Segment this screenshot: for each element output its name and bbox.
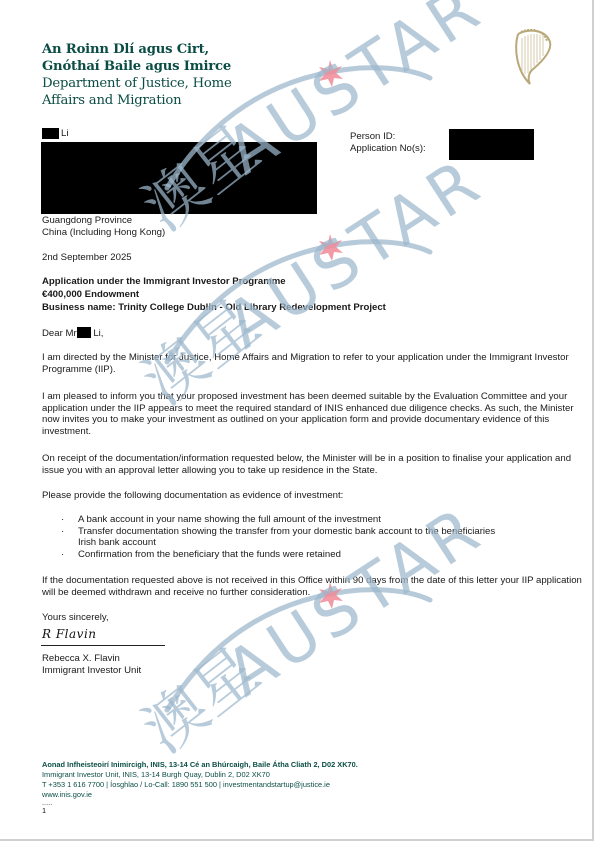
- redacted-salutation-name: [77, 327, 91, 338]
- subject-amount: €400,000 Endowment: [42, 289, 139, 301]
- paragraph-next-steps: On receipt of the documentation/informat…: [42, 453, 587, 476]
- department-name-english-1: Department of Justice, Home: [42, 75, 232, 92]
- department-letterhead: An Roinn Dlí agus Cirt, Gnóthaí Baile ag…: [42, 41, 232, 109]
- salutation-prefix: Dear Mr: [42, 328, 77, 339]
- recipient-province: Guangdong Province: [42, 215, 132, 227]
- footer-english-address: Immigrant Investor Unit, INIS, 13-14 Bur…: [42, 770, 358, 780]
- subject-business-name: Business name: Trinity College Dublin - …: [42, 302, 386, 314]
- page-number: 1: [42, 806, 358, 816]
- department-name-irish-1: An Roinn Dlí agus Cirt,: [42, 41, 232, 58]
- paragraph-deadline: If the documentation requested above is …: [42, 575, 587, 598]
- redacted-first-name: [42, 128, 59, 139]
- handwritten-signature: R Flavin: [42, 627, 97, 641]
- letter-page: An Roinn Dlí agus Cirt, Gnóthaí Baile ag…: [0, 0, 594, 841]
- salutation: Dear Mr Li,: [42, 327, 103, 340]
- list-item: Transfer documentation showing the trans…: [42, 526, 512, 549]
- footer-irish-address: Aonad Infheisteoirí Inimircigh, INIS, 13…: [42, 760, 358, 770]
- harp-emblem-icon: [508, 26, 556, 88]
- department-name-irish-2: Gnóthaí Baile agus Imirce: [42, 58, 232, 75]
- recipient-country: China (Including Hong Kong): [42, 227, 165, 239]
- person-id-label: Person ID:: [350, 131, 395, 143]
- list-item: A bank account in your name showing the …: [42, 514, 512, 526]
- required-documents-list: A bank account in your name showing the …: [42, 514, 512, 560]
- application-number-label: Application No(s):: [350, 143, 426, 155]
- letter-date: 2nd September 2025: [42, 252, 132, 264]
- letter-footer: Aonad Infheisteoirí Inimircigh, INIS, 13…: [42, 760, 358, 816]
- footer-website: www.inis.gov.ie: [42, 790, 358, 800]
- paragraph-approval: I am pleased to inform you that your pro…: [42, 391, 587, 437]
- signatory-name: Rebecca X. Flavin: [42, 653, 120, 665]
- redacted-address-block: [41, 142, 317, 214]
- subject-programme: Application under the Immigrant Investor…: [42, 276, 286, 288]
- closing-phrase: Yours sincerely,: [42, 612, 109, 624]
- paragraph-introduction: I am directed by the Minister for Justic…: [42, 352, 587, 375]
- signature-line: [41, 645, 165, 646]
- list-item: Confirmation from the beneficiary that t…: [42, 549, 512, 561]
- recipient-surname: Li: [61, 128, 68, 140]
- salutation-suffix: Li,: [93, 328, 103, 339]
- footer-contact: T +353 1 616 7700 | Íosghlao / Lo-Call: …: [42, 780, 358, 790]
- signatory-unit: Immigrant Investor Unit: [42, 665, 141, 677]
- redacted-reference-numbers: [449, 129, 534, 160]
- department-name-english-2: Affairs and Migration: [42, 92, 232, 109]
- paragraph-documentation-request: Please provide the following documentati…: [42, 490, 587, 502]
